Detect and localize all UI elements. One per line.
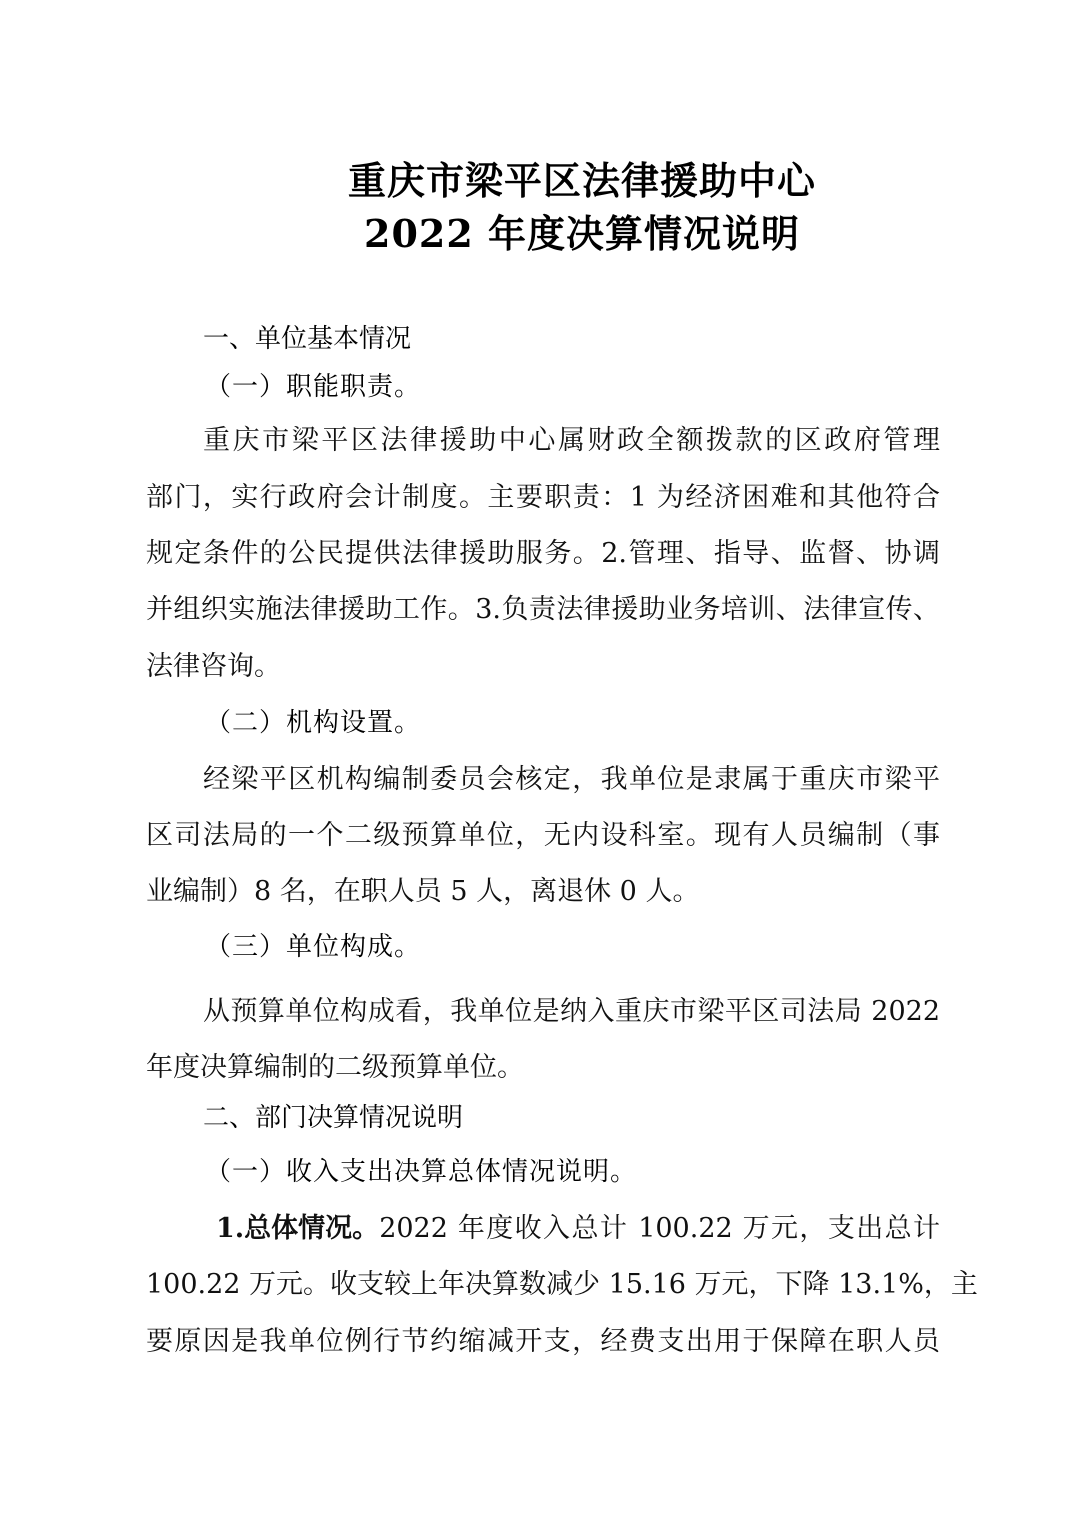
paragraph-lead: 1.总体情况。	[216, 1212, 379, 1246]
paragraph-line: 年度决算编制的二级预算单位。	[146, 1051, 940, 1085]
paragraph-line: 经梁平区机构编制委员会核定，我单位是隶属于重庆市梁平	[203, 763, 940, 797]
document-page: 重庆市梁平区法律援助中心 2022 年度决算情况说明 一、单位基本情况 （一）职…	[0, 0, 1074, 1520]
document-title-line-1: 重庆市梁平区法律援助中心	[0, 150, 1074, 205]
paragraph-line: 并组织实施法律援助工作。3.负责法律援助业务培训、法律宣传、	[146, 593, 940, 627]
paragraph-line: 100.22 万元。收支较上年决算数减少 15.16 万元，下降 13.1%，主	[146, 1268, 940, 1302]
document-title-line-2: 2022 年度决算情况说明	[0, 203, 1074, 258]
paragraph-line-text: 2022 年度收入总计 100.22 万元，支出总计	[379, 1212, 940, 1246]
paragraph-line: 法律咨询。	[146, 650, 940, 684]
paragraph-line: 要原因是我单位例行节约缩减开支，经费支出用于保障在职人员	[146, 1325, 940, 1359]
paragraph-line: 重庆市梁平区法律援助中心属财政全额拨款的区政府管理	[203, 424, 940, 458]
section-1-1-heading: （一）职能职责。	[205, 370, 421, 404]
section-2-1-heading: （一）收入支出决算总体情况说明。	[205, 1155, 637, 1189]
section-1-3-heading: （三）单位构成。	[205, 930, 421, 964]
paragraph-line: 区司法局的一个二级预算单位，无内设科室。现有人员编制（事	[146, 819, 940, 853]
paragraph-line: 部门，实行政府会计制度。主要职责：1 为经济困难和其他符合	[146, 481, 940, 515]
section-2-heading: 二、部门决算情况说明	[203, 1101, 463, 1135]
section-1-heading: 一、单位基本情况	[203, 322, 411, 356]
paragraph-line: 业编制）8 名，在职人员 5 人，离退休 0 人。	[146, 875, 940, 909]
paragraph-line: 从预算单位构成看，我单位是纳入重庆市梁平区司法局 2022	[203, 995, 940, 1029]
paragraph-first-line: 1.总体情况。 2022 年度收入总计 100.22 万元，支出总计	[216, 1212, 940, 1246]
paragraph-line: 规定条件的公民提供法律援助服务。2.管理、指导、监督、协调	[146, 537, 940, 571]
section-1-2-heading: （二）机构设置。	[205, 706, 421, 740]
